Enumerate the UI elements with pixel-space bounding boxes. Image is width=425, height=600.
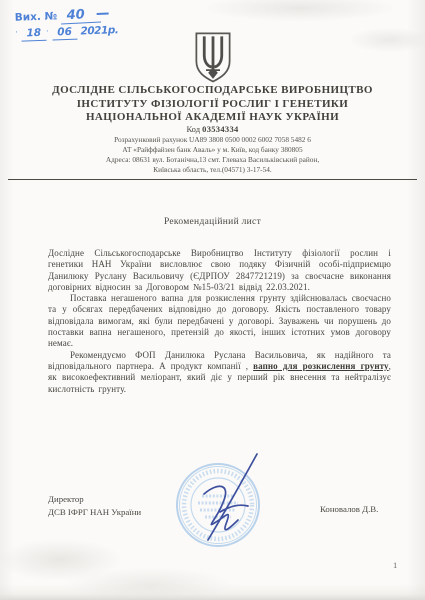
- bank-line: АТ «Райффайзен банк Аваль» у м. Київ, ко…: [0, 145, 425, 155]
- signatory-title: Директор: [48, 493, 141, 506]
- org-name-line1: ДОСЛІДНЕ СІЛЬСЬКОГОСПОДАРСЬКЕ ВИРОБНИЦТВ…: [0, 84, 425, 98]
- org-name-header: ДОСЛІДНЕ СІЛЬСЬКОГОСПОДАРСЬКЕ ВИРОБНИЦТВ…: [0, 84, 425, 125]
- signatory-title-block: Директор ДСВ ІФРГ НАН України: [48, 493, 141, 518]
- outgoing-number: 40: [60, 7, 101, 24]
- handwritten-registration-block: Вих. № 40 · 18· 06 2021р.: [14, 7, 118, 42]
- address-line1: Адреса: 08631 вул. Ботанічна,13 смт. Гле…: [0, 155, 425, 165]
- signatory-org: ДСВ ІФРГ НАН України: [48, 506, 141, 519]
- account-line: Розрахунковий рахунок UA89 3808 0500 000…: [0, 135, 425, 145]
- paragraph-3-highlight: вапно для розкислення грунту: [253, 361, 388, 371]
- date-line: · 18· 06 2021р.: [15, 22, 119, 42]
- letter-body: Дослідне Сільськогосподарське Виробництв…: [48, 248, 391, 395]
- pen-tick: ·: [46, 27, 49, 36]
- date-day: 18: [21, 26, 46, 42]
- org-code-line: Код 03534334: [0, 124, 425, 134]
- date-year: 2021р.: [80, 24, 118, 37]
- letter-title: Рекомендаційний лист: [0, 217, 425, 227]
- org-code-value: 03534334: [202, 124, 238, 134]
- header-divider: [8, 179, 417, 180]
- date-month: 06: [52, 25, 77, 41]
- paragraph-3: Рекомендуємо ФОП Данилюка Руслана Василь…: [48, 350, 391, 395]
- org-code-label: Код: [186, 124, 200, 134]
- round-stamp-and-signature: [160, 448, 280, 568]
- page-number: 1: [393, 560, 397, 570]
- signatory-name: Коновалов Д.В.: [320, 504, 378, 514]
- pen-tick: ·: [15, 28, 18, 37]
- paragraph-2: Поставка негашеного вапна для розкисленн…: [48, 293, 391, 349]
- org-requisites: Розрахунковий рахунок UA89 3808 0500 000…: [0, 135, 425, 175]
- org-name-line2: ІНСТИТУТУ ФІЗІОЛОГІЇ РОСЛИГ І ГЕНЕТИКИ: [0, 98, 425, 112]
- address-line2: Київська область, тел.(04571) 3-17-54.: [0, 165, 425, 175]
- outgoing-label: Вих. №: [15, 10, 58, 23]
- paragraph-1: Дослідне Сільськогосподарське Виробництв…: [48, 248, 391, 293]
- scanned-letter-page: Вих. № 40 · 18· 06 2021р. ДОСЛІДНЕ СІЛЬС…: [0, 0, 425, 600]
- ukraine-trident-emblem-icon: [192, 30, 234, 89]
- org-name-line3: НАЦІОНАЛЬНОЇ АКАДЕМІЇ НАУК УКРАЇНИ: [0, 111, 425, 125]
